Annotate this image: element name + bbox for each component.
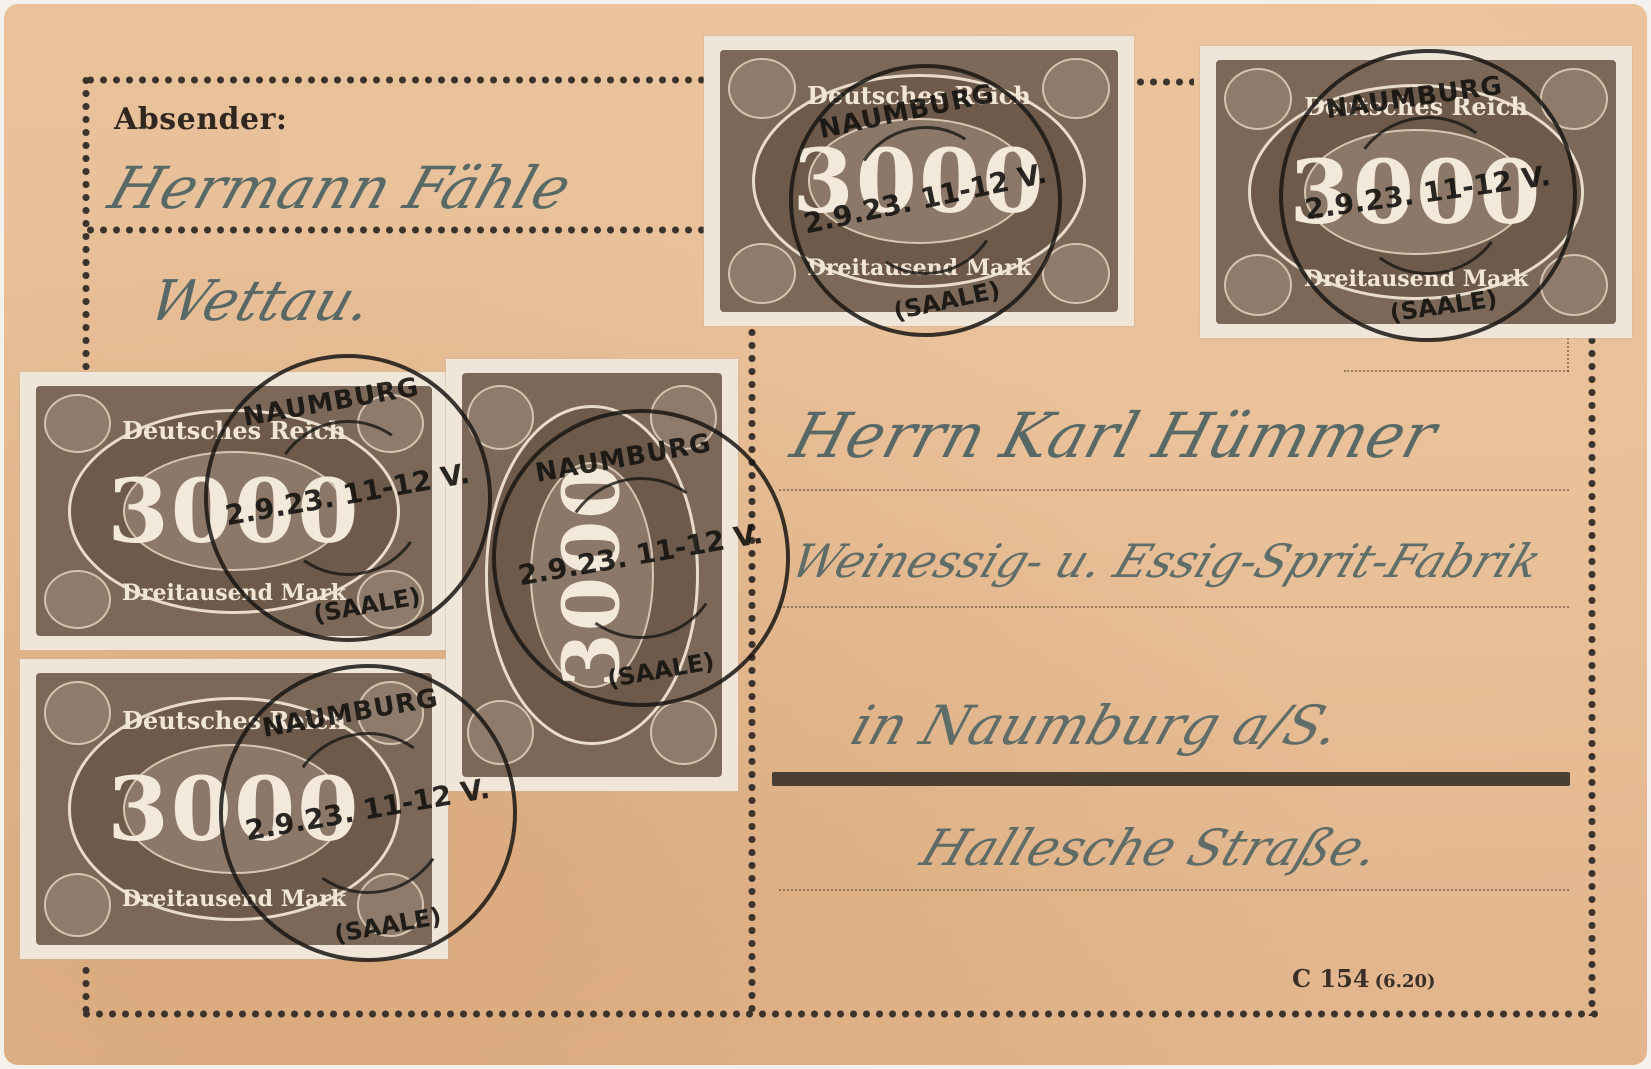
sender-separator xyxy=(84,224,709,236)
form-code-number: C 154 xyxy=(1292,964,1370,993)
recipient-street-handwritten: Hallesche Straße. xyxy=(913,819,1387,877)
recipient-city-handwritten: in Naumburg a/S. xyxy=(844,694,1349,757)
form-code: C 154 (6.20) xyxy=(1292,964,1436,993)
recipient-name-handwritten: Herrn Karl Hümmer xyxy=(784,399,1445,472)
border-right xyxy=(1586,334,1598,1016)
border-top-left xyxy=(84,74,709,86)
border-bottom xyxy=(80,1008,1598,1020)
sender-name-handwritten: Hermann Fähle xyxy=(101,154,580,222)
address-line-2 xyxy=(779,606,1569,608)
form-code-date: (6.20) xyxy=(1375,971,1436,992)
address-line-4 xyxy=(779,889,1569,891)
stamp-box-bottom xyxy=(1344,370,1569,372)
stamp-box-side xyxy=(1567,334,1569,372)
sender-label: Absender: xyxy=(114,102,287,137)
recipient-business-handwritten: Weinessig- u. Essig-Sprit-Fabrik xyxy=(784,534,1549,588)
sender-place-handwritten: Wettau. xyxy=(141,269,381,334)
border-top-right-segment xyxy=(1134,76,1194,88)
address-place-bar xyxy=(772,772,1570,786)
border-left-lower xyxy=(80,964,92,1014)
postcard: Absender: C 154 (6.20) Hermann Fähle Wet… xyxy=(4,4,1647,1065)
address-line-1 xyxy=(779,489,1569,491)
